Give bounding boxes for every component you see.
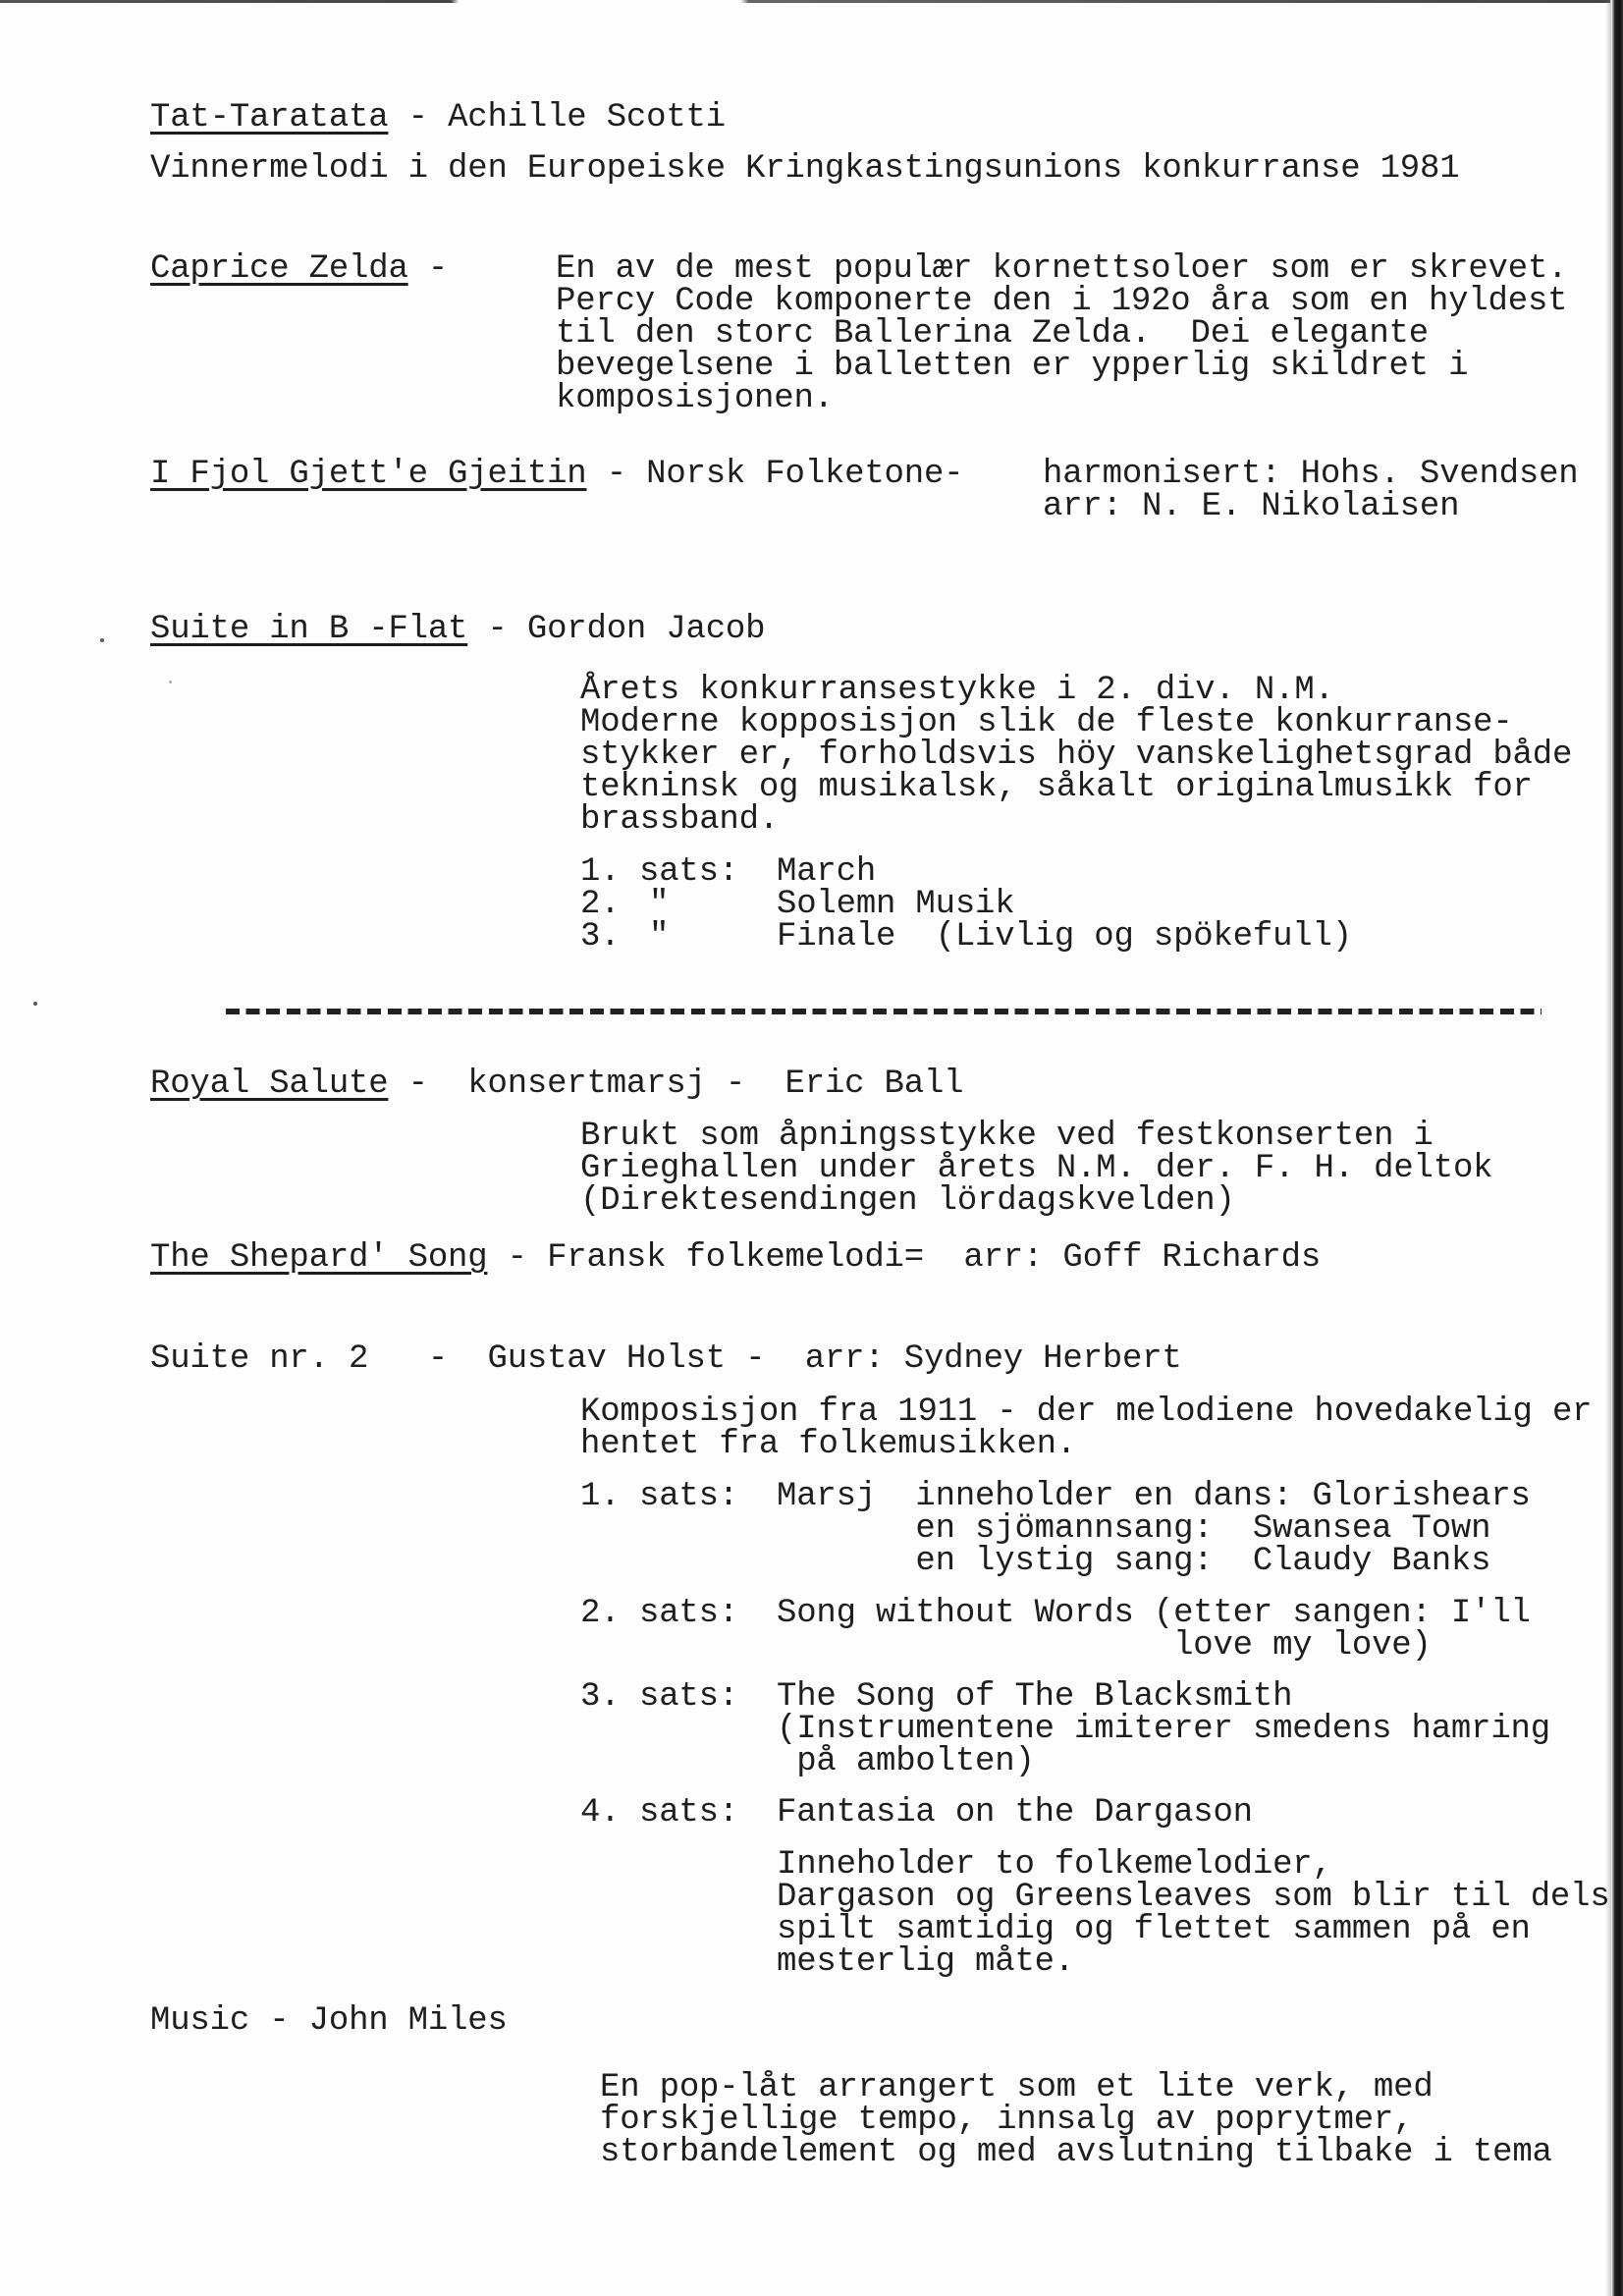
movement-label: sats: xyxy=(639,1681,738,1714)
movement-note-line: mesterlig måte. xyxy=(777,1946,1074,1979)
entry-description-line: En pop-låt arrangert som et lite verk, m… xyxy=(600,2072,1434,2105)
scan-speck xyxy=(169,681,172,683)
movement-number: 2. xyxy=(580,1598,620,1630)
movement-line: Fantasia on the Dargason xyxy=(777,1797,1253,1830)
entry-heading: The Shepard' Song - Fransk folkemelodi= … xyxy=(150,1242,1321,1275)
entry-heading: I Fjol Gjett'e Gjeitin - Norsk Folketone… xyxy=(150,459,963,491)
movement-number: 1. xyxy=(580,856,620,889)
entry-description-line: Årets konkurransestykke i 2. div. N.M. xyxy=(580,675,1334,707)
movement-label: sats: xyxy=(639,1481,738,1513)
movement-line: en sjömannsang: Swansea Town xyxy=(777,1513,1490,1546)
entry-composer: Fransk folkemelodi= arr: Goff Richards xyxy=(547,1239,1321,1277)
entry-title: I Fjol Gjett'e Gjeitin xyxy=(150,456,586,493)
entry-description-line: Brukt som åpningsstykke ved festkonserte… xyxy=(580,1121,1434,1153)
entry-heading: Suite nr. 2 - Gustav Holst - arr: Sydney… xyxy=(150,1343,1182,1376)
entry-heading: Caprice Zelda - xyxy=(150,253,448,286)
entry-composer: Gustav Holst - arr: Sydney Herbert xyxy=(487,1340,1181,1378)
movement-label: sats: xyxy=(639,1797,738,1830)
movement-label: sats: xyxy=(639,1598,738,1630)
entry-description-line: Moderne kopposisjon slik de fleste konku… xyxy=(580,707,1513,739)
movement-note-line: Dargason og Greensleaves som blir til de… xyxy=(777,1882,1610,1914)
entry-description-line: Komposisjon fra 1911 - der melodiene hov… xyxy=(580,1396,1592,1429)
entry-description-line: stykker er, forholdsvis höy vanskelighet… xyxy=(580,739,1572,772)
document-page: Tat-Taratata - Achille Scotti Vinnermelo… xyxy=(0,0,1623,2296)
entry-description-line: hentet fra folkemusikken. xyxy=(580,1429,1076,1461)
dashed-divider xyxy=(226,1009,1542,1014)
movement-line: Marsj inneholder en dans: Glorishears xyxy=(777,1481,1531,1513)
movement-name: Solemn Musik xyxy=(777,889,1014,921)
movement-number: 3. xyxy=(580,921,620,954)
separator: - xyxy=(586,456,646,493)
movement-name: Finale (Livlig og spökefull) xyxy=(777,921,1352,954)
entry-composer: Gordon Jacob xyxy=(527,611,765,648)
entry-description-line: komposisjonen. xyxy=(556,383,834,415)
scan-speck xyxy=(100,638,104,642)
movement-line: love my love) xyxy=(777,1630,1432,1663)
entry-description-line: bevegelsene i balletten er ypperlig skil… xyxy=(556,351,1468,383)
entry-description-line: En av de mest populær kornettsoloer som … xyxy=(556,253,1567,286)
movement-label: " xyxy=(649,889,669,921)
separator: - xyxy=(388,1066,467,1103)
entry-title: Suite in B -Flat xyxy=(150,611,467,648)
entry-composer: konsertmarsj - Eric Ball xyxy=(467,1066,963,1103)
movement-number: 3. xyxy=(580,1681,620,1714)
entry-description-line: til den storc Ballerina Zelda. Dei elega… xyxy=(556,318,1429,351)
entry-description-line: tekninsk og musikalsk, såkalt originalmu… xyxy=(580,772,1533,804)
entry-description-line: (Direktesendingen lördagskvelden) xyxy=(580,1185,1235,1218)
entry-description-line: Percy Code komponerte den i 192o åra som… xyxy=(556,286,1567,318)
movement-number: 1. xyxy=(580,1481,620,1513)
movement-label: " xyxy=(649,921,669,954)
entry-title: Suite nr. 2 xyxy=(150,1340,368,1378)
movement-line: Song without Words (etter sangen: I'll xyxy=(777,1598,1531,1630)
scan-speck xyxy=(33,1002,37,1006)
entry-title: Tat-Taratata xyxy=(150,99,388,137)
entry-description-line: brassband. xyxy=(580,804,779,837)
entry-title: Music xyxy=(150,2002,249,2040)
movement-line: The Song of The Blacksmith xyxy=(777,1681,1292,1714)
entry-heading: Royal Salute - konsertmarsj - Eric Ball xyxy=(150,1068,963,1101)
entry-title: Caprice Zelda xyxy=(150,250,408,288)
movement-label: sats: xyxy=(639,856,738,889)
scan-top-edge xyxy=(0,0,1610,3)
separator: - xyxy=(368,1340,487,1378)
entry-heading: Music - John Miles xyxy=(150,2005,508,2038)
scan-right-edge xyxy=(1611,0,1623,2296)
entry-heading: Tat-Taratata - Achille Scotti xyxy=(150,102,726,135)
entry-description-line: storbandelement og med avslutning tilbak… xyxy=(600,2137,1552,2169)
movement-note-line: Inneholder to folkemelodier, xyxy=(777,1849,1332,1882)
separator: - xyxy=(487,1239,547,1277)
movement-line: på ambolten) xyxy=(777,1746,1035,1778)
movement-number: 4. xyxy=(580,1797,620,1830)
entry-title: Royal Salute xyxy=(150,1066,388,1103)
entry-composer: John Miles xyxy=(309,2002,508,2040)
separator: - xyxy=(408,250,448,288)
movement-note-line: spilt samtidig og flettet sammen på en xyxy=(777,1914,1531,1946)
movement-name: March xyxy=(777,856,876,889)
entry-description-line: Grieghallen under årets N.M. der. F. H. … xyxy=(580,1153,1492,1185)
entry-credit-line: arr: N. E. Nikolaisen xyxy=(1043,491,1459,523)
entry-credit-line: harmonisert: Hohs. Svendsen xyxy=(1043,459,1579,491)
entry-title: The Shepard' Song xyxy=(150,1239,487,1277)
entry-description-line: Vinnermelodi i den Europeiske Kringkasti… xyxy=(150,153,1459,186)
entry-origin: Norsk Folketone- xyxy=(646,456,963,493)
movement-line: (Instrumentene imiterer smedens hamring xyxy=(777,1714,1550,1746)
entry-description-line: forskjellige tempo, innsalg av poprytmer… xyxy=(600,2105,1413,2137)
entry-heading: Suite in B -Flat - Gordon Jacob xyxy=(150,614,765,646)
movement-number: 2. xyxy=(580,889,620,921)
separator: - xyxy=(388,99,448,137)
separator: - xyxy=(467,611,527,648)
movement-line: en lystig sang: Claudy Banks xyxy=(777,1546,1490,1578)
separator: - xyxy=(249,2002,309,2040)
entry-composer: Achille Scotti xyxy=(448,99,726,137)
